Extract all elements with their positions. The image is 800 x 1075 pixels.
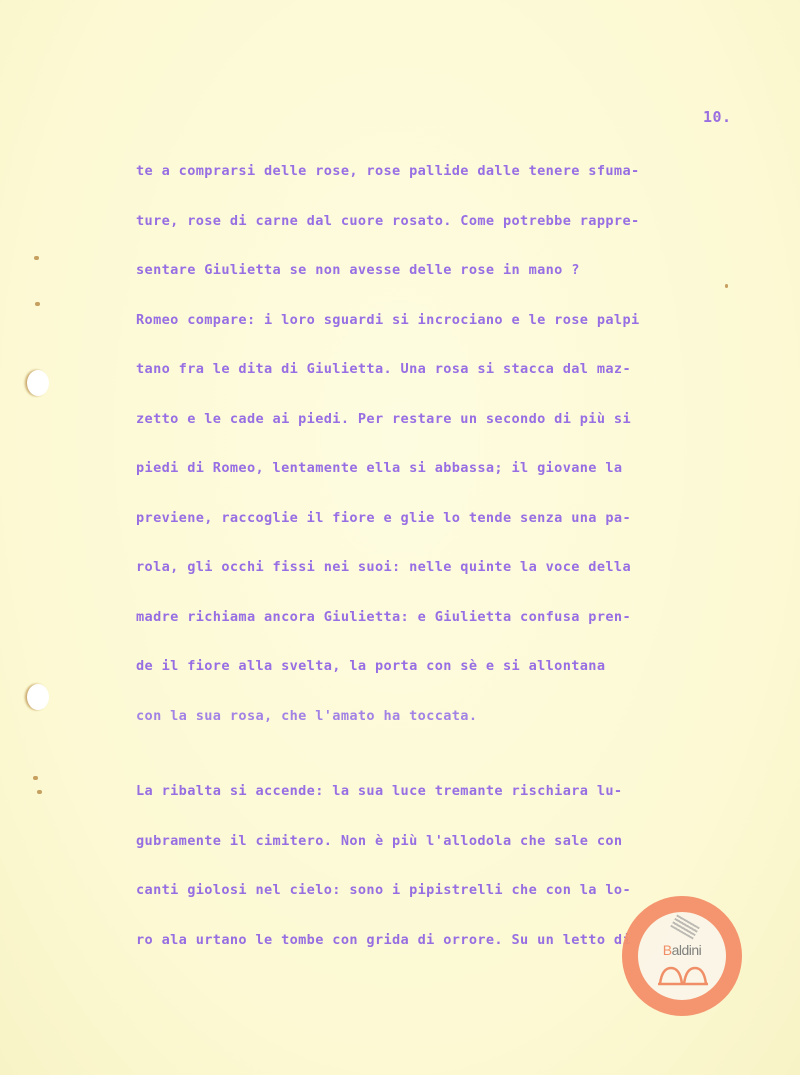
typewritten-page: 10. te a comprarsi delle rose, rose pall… — [0, 0, 800, 1075]
text-line: tano fra le dita di Giulietta. Una rosa … — [136, 358, 756, 408]
open-book-icon — [658, 964, 708, 986]
punch-hole — [27, 370, 49, 396]
text-line: piedi di Romeo, lentamente ella si abbas… — [136, 457, 756, 507]
page-number: 10. — [703, 108, 732, 126]
paper-speck — [34, 256, 39, 260]
text-line: te a comprarsi delle rose, rose pallide … — [136, 160, 756, 210]
text-line: previene, raccoglie il fiore e glie lo t… — [136, 507, 756, 557]
text-line: La ribalta si accende: la sua luce trema… — [136, 780, 756, 830]
stamp-small-text — [670, 914, 700, 939]
paper-speck — [37, 790, 42, 794]
text-line: rola, gli occhi fissi nei suoi: nelle qu… — [136, 556, 756, 606]
punch-hole — [27, 684, 49, 710]
paragraph-1: te a comprarsi delle rose, rose pallide … — [136, 160, 756, 754]
text-line: madre richiama ancora Giulietta: e Giuli… — [136, 606, 756, 656]
text-line: ture, rose di carne dal cuore rosato. Co… — [136, 210, 756, 260]
text-line: Romeo compare: i loro sguardi si incroci… — [136, 309, 756, 359]
stamp-label: Baldini — [638, 942, 726, 958]
text-line: con la sua rosa, che l'amato ha toccata. — [136, 705, 756, 755]
paper-speck — [725, 284, 728, 288]
text-line: gubramente il cimitero. Non è più l'allo… — [136, 830, 756, 880]
paper-speck — [33, 776, 38, 780]
text-line: sentare Giulietta se non avesse delle ro… — [136, 259, 756, 309]
text-line: zetto e le cade ai piedi. Per restare un… — [136, 408, 756, 458]
library-stamp: Baldini — [622, 896, 742, 1016]
text-line: de il fiore alla svelta, la porta con sè… — [136, 655, 756, 705]
paper-speck — [35, 302, 40, 306]
